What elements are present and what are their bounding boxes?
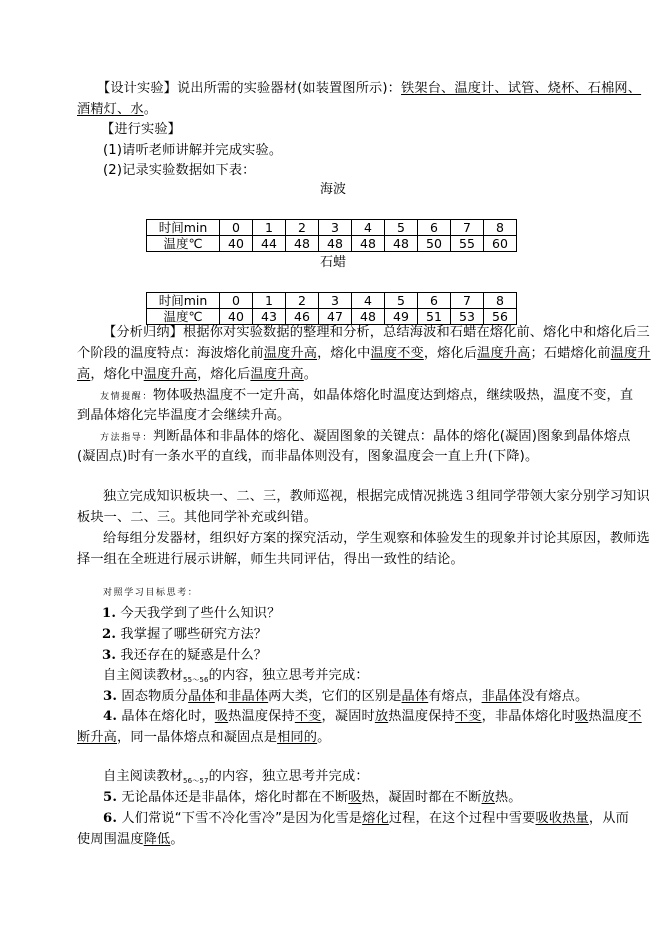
answer: 晶体 bbox=[402, 689, 429, 704]
text: 使周围温度 bbox=[77, 832, 144, 847]
cell: 46 bbox=[286, 309, 319, 325]
design-heading: 【设计实验】 bbox=[97, 81, 177, 96]
cell: 6 bbox=[418, 220, 451, 236]
cell: 48 bbox=[385, 236, 418, 252]
analysis-text: 根据你对实验数据的整理和分析，总结海波和石蜡在熔化前、熔化中和熔化后三 bbox=[183, 325, 650, 340]
text: 自主阅读教材 bbox=[103, 769, 183, 784]
page-range: 56～57 bbox=[183, 777, 209, 785]
reading2-item-6: 6. 人们常说“下雪不冷化雪冷”是因为化雪是熔化过程，在这个过程中雪要吸收热量，… bbox=[103, 810, 629, 828]
activity-p2-line-1: 给每组分发器材，组织好方案的探究活动，学生观察和体验发生的现象并讨论其原因，教师… bbox=[103, 530, 650, 548]
text: ，非晶体熔化时 bbox=[482, 709, 575, 724]
conduct-heading: 【进行实验】 bbox=[101, 121, 181, 139]
conduct-step-2: (2)记录实验数据如下表： bbox=[103, 162, 256, 180]
analysis-line-1: 【分析归纳】根据你对实验数据的整理和分析，总结海波和石蜡在熔化前、熔化中和熔化后… bbox=[103, 324, 650, 342]
text: 无论晶体还是非晶体，熔化时都在不断 bbox=[121, 790, 348, 805]
question-text: 我掌握了哪些研究方法？ bbox=[120, 627, 267, 642]
activity-p2-line-2: 择一组在全班进行展示讲解，师生共同评估，得出一致性的结论。 bbox=[77, 551, 464, 569]
item-number: 1. bbox=[102, 606, 116, 621]
text: ，熔化中 bbox=[317, 346, 370, 361]
text: ；石蜡熔化前 bbox=[531, 346, 611, 361]
item-number: 3. bbox=[102, 648, 116, 663]
answer: 放 bbox=[482, 790, 495, 805]
row-header: 温度℃ bbox=[147, 236, 220, 252]
table-row-temp: 温度℃ 40 43 46 47 48 49 51 53 56 bbox=[147, 309, 517, 325]
text: ，凝固时 bbox=[322, 709, 375, 724]
method-text: 判断晶体和非晶体的熔化、凝固图象的关键点：晶体的熔化(凝固)图象到晶体熔点 bbox=[153, 429, 630, 444]
analysis-line-3: 高，熔化中温度升高，熔化后温度升高。 bbox=[77, 366, 317, 384]
design-answer-cont: 酒精灯、水 bbox=[77, 102, 144, 117]
text: 人们常说“下雪不冷化雪冷”是因为化雪是 bbox=[121, 811, 362, 826]
answer: 温度升高 bbox=[250, 367, 303, 382]
reflection-label: 对照学习目标思考： bbox=[103, 584, 198, 602]
answer: 不 bbox=[628, 709, 641, 724]
cell: 43 bbox=[253, 309, 286, 325]
design-line-2: 酒精灯、水。 bbox=[77, 101, 157, 119]
text: 。 bbox=[317, 730, 330, 745]
cell: 47 bbox=[319, 309, 352, 325]
answer: 非晶体 bbox=[228, 689, 268, 704]
table-caption-hypo: 海波 bbox=[320, 182, 346, 198]
text: 。 bbox=[304, 367, 317, 382]
table-row-temp: 温度℃ 40 44 48 48 48 48 50 55 60 bbox=[147, 236, 517, 252]
reading2-item-5: 5. 无论晶体还是非晶体，熔化时都在不断吸热，凝固时都在不断放热。 bbox=[103, 789, 522, 807]
tip-text: 物体吸热温度不一定升高，如晶体熔化时温度达到熔点，继续吸热，温度不变，直 bbox=[153, 388, 633, 403]
tip-line-2: 到晶体熔化完毕温度才会继续升高。 bbox=[77, 407, 290, 425]
answer: 不变 bbox=[455, 709, 482, 724]
reading2-intro: 自主阅读教材56～57的内容，独立思考并完成： bbox=[103, 768, 369, 790]
cell: 4 bbox=[352, 220, 385, 236]
answer: 温度升高 bbox=[264, 346, 317, 361]
row-header: 时间min bbox=[147, 293, 220, 309]
answer: 熔化 bbox=[362, 811, 389, 826]
text: ，熔化后 bbox=[197, 367, 250, 382]
cell: 0 bbox=[220, 220, 253, 236]
cell: 5 bbox=[385, 220, 418, 236]
row-header: 温度℃ bbox=[147, 309, 220, 325]
cell: 7 bbox=[451, 220, 484, 236]
cell: 1 bbox=[253, 293, 286, 309]
tip-label: 友情提醒： bbox=[100, 392, 153, 402]
text: 热温度保持 bbox=[228, 709, 295, 724]
cell: 48 bbox=[319, 236, 352, 252]
text: 的内容，独立思考并完成： bbox=[209, 668, 369, 683]
item-number: 2. bbox=[102, 627, 116, 642]
design-line-1: 【设计实验】说出所需的实验器材(如装置图所示)：铁架台、温度计、试管、烧杯、石棉… bbox=[97, 80, 641, 98]
design-answer: 铁架台、温度计、试管、烧杯、石棉网、 bbox=[401, 81, 641, 96]
cell: 7 bbox=[451, 293, 484, 309]
cell: 4 bbox=[352, 293, 385, 309]
answer: 高 bbox=[77, 367, 90, 382]
reading1-item-4-cont: 断升高，同一晶体熔点和凝固点是相同的。 bbox=[77, 729, 330, 747]
table-row-time: 时间min 0 1 2 3 4 5 6 7 8 bbox=[147, 220, 517, 236]
answer: 晶体 bbox=[188, 689, 215, 704]
text: 的内容，独立思考并完成： bbox=[209, 769, 369, 784]
cell: 3 bbox=[319, 293, 352, 309]
cell: 56 bbox=[484, 309, 517, 325]
method-line-2: (凝固点)时有一条水平的直线，而非晶体则没有，图象温度会一直上升(下降)。 bbox=[77, 448, 538, 466]
question-text: 今天我学到了些什么知识？ bbox=[120, 606, 280, 621]
cell: 5 bbox=[385, 293, 418, 309]
row-header: 时间min bbox=[147, 220, 220, 236]
activity-p1-line-2: 板块一、二、三。其他同学补充或纠错。 bbox=[77, 509, 317, 527]
answer: 吸 bbox=[348, 790, 361, 805]
cell: 40 bbox=[220, 236, 253, 252]
answer: 吸 bbox=[215, 709, 228, 724]
item-number: 5. bbox=[103, 790, 117, 805]
cell: 48 bbox=[352, 309, 385, 325]
tip-line-1: 友情提醒：物体吸热温度不一定升高，如晶体熔化时温度达到熔点，继续吸热，温度不变，… bbox=[100, 387, 633, 406]
page-range: 55～56 bbox=[183, 676, 209, 684]
text: ，熔化中 bbox=[90, 367, 143, 382]
reading1-item-3: 3. 固态物质分晶体和非晶体两大类，它们的区别是晶体有熔点，非晶体没有熔点。 bbox=[103, 688, 588, 706]
cell: 60 bbox=[484, 236, 517, 252]
reading2-item-6-cont: 使周围温度降低。 bbox=[77, 831, 184, 849]
text: 过程，在这个过程中雪要 bbox=[389, 811, 536, 826]
cell: 44 bbox=[253, 236, 286, 252]
text: ，同一晶体熔点和凝固点是 bbox=[117, 730, 277, 745]
answer: 温度升高 bbox=[477, 346, 530, 361]
cell: 51 bbox=[418, 309, 451, 325]
cell: 48 bbox=[352, 236, 385, 252]
text: 热温度 bbox=[588, 709, 628, 724]
text: ，熔化后 bbox=[424, 346, 477, 361]
answer: 断升高 bbox=[77, 730, 117, 745]
reflection-q1: 1. 今天我学到了些什么知识？ bbox=[102, 605, 280, 623]
method-label: 方法指导： bbox=[100, 433, 153, 443]
text: 。 bbox=[170, 832, 183, 847]
answer: 不变 bbox=[295, 709, 322, 724]
cell: 8 bbox=[484, 220, 517, 236]
text: 热温度保持 bbox=[388, 709, 455, 724]
answer: 吸 bbox=[575, 709, 588, 724]
text: 和 bbox=[215, 689, 228, 704]
answer: 温度不变 bbox=[370, 346, 423, 361]
cell: 2 bbox=[286, 293, 319, 309]
cell: 3 bbox=[319, 220, 352, 236]
cell: 2 bbox=[286, 220, 319, 236]
cell: 48 bbox=[286, 236, 319, 252]
cell: 53 bbox=[451, 309, 484, 325]
reflection-q2: 2. 我掌握了哪些研究方法？ bbox=[102, 626, 267, 644]
table-caption-paraffin: 石蜡 bbox=[320, 255, 346, 271]
cell: 6 bbox=[418, 293, 451, 309]
analysis-line-2: 个阶段的温度特点：海波熔化前温度升高，熔化中温度不变，熔化后温度升高；石蜡熔化前… bbox=[77, 345, 651, 363]
cell: 1 bbox=[253, 220, 286, 236]
analysis-heading: 【分析归纳】 bbox=[103, 325, 183, 340]
item-number: 6. bbox=[103, 811, 117, 826]
item-number: 3. bbox=[103, 689, 117, 704]
cell: 55 bbox=[451, 236, 484, 252]
reflection-q3: 3. 我还存在的疑惑是什么？ bbox=[102, 647, 267, 665]
question-text: 我还存在的疑惑是什么？ bbox=[120, 648, 267, 663]
text: 固态物质分 bbox=[121, 689, 188, 704]
cell: 40 bbox=[220, 309, 253, 325]
reading1-intro: 自主阅读教材55～56的内容，独立思考并完成： bbox=[103, 667, 369, 689]
answer: 放 bbox=[375, 709, 388, 724]
text: 晶体在熔化时， bbox=[121, 709, 214, 724]
answer: 吸收热量 bbox=[536, 811, 589, 826]
period: 。 bbox=[144, 102, 157, 117]
text: 个阶段的温度特点：海波熔化前 bbox=[77, 346, 264, 361]
data-table-hypo: 时间min 0 1 2 3 4 5 6 7 8 温度℃ 40 44 48 48 … bbox=[146, 219, 517, 252]
text: ，从而 bbox=[589, 811, 629, 826]
design-text: 说出所需的实验器材(如装置图所示)： bbox=[177, 81, 401, 96]
activity-p1-line-1: 独立完成知识板块一、二、三，教师巡视，根据完成情况挑选３组同学带领大家分别学习知… bbox=[103, 488, 650, 506]
cell: 49 bbox=[385, 309, 418, 325]
text: 自主阅读教材 bbox=[103, 668, 183, 683]
answer: 相同的 bbox=[277, 730, 317, 745]
item-number: 4. bbox=[103, 709, 117, 724]
answer: 非晶体 bbox=[482, 689, 522, 704]
conduct-step-1: (1)请听老师讲解并完成实验。 bbox=[103, 142, 282, 160]
text: 两大类，它们的区别是 bbox=[268, 689, 401, 704]
answer: 降低 bbox=[144, 832, 171, 847]
answer: 温度升高 bbox=[144, 367, 197, 382]
answer: 温度升 bbox=[611, 346, 651, 361]
reading1-item-4: 4. 晶体在熔化时，吸热温度保持不变，凝固时放热温度保持不变，非晶体熔化时吸热温… bbox=[103, 708, 642, 726]
data-table-paraffin: 时间min 0 1 2 3 4 5 6 7 8 温度℃ 40 43 46 47 … bbox=[146, 292, 517, 325]
text: 热，凝固时都在不断 bbox=[362, 790, 482, 805]
text: 有熔点， bbox=[428, 689, 481, 704]
cell: 0 bbox=[220, 293, 253, 309]
text: 热。 bbox=[495, 790, 522, 805]
text: 没有熔点。 bbox=[522, 689, 589, 704]
cell: 50 bbox=[418, 236, 451, 252]
cell: 8 bbox=[484, 293, 517, 309]
table-row-time: 时间min 0 1 2 3 4 5 6 7 8 bbox=[147, 293, 517, 309]
method-line-1: 方法指导：判断晶体和非晶体的熔化、凝固图象的关键点：晶体的熔化(凝固)图象到晶体… bbox=[100, 428, 630, 447]
